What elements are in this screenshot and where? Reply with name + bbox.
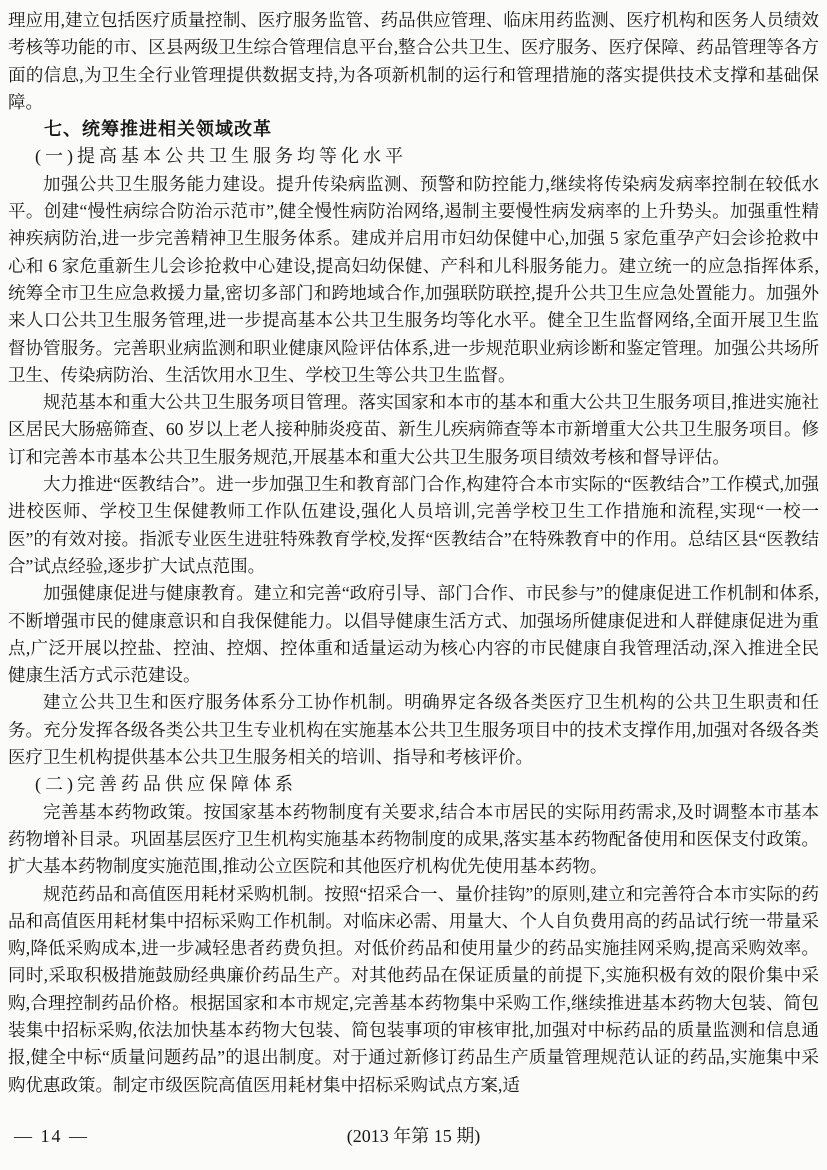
section-heading: 七、统筹推进相关领域改革 [8, 116, 819, 143]
paragraph: 完善基本药物政策。按国家基本药物制度有关要求,结合本市居民的实际用药需求,及时调… [8, 799, 819, 881]
subsection-heading-1: (一)提高基本公共卫生服务均等化水平 [8, 143, 819, 170]
paragraph: 加强健康促进与健康教育。建立和完善“政府引导、部门合作、市民参与”的健康促进工作… [8, 580, 819, 689]
paragraph-continuation: 理应用,建立包括医疗质量控制、医疗服务监管、药品供应管理、临床用药监测、医疗机构… [8, 7, 819, 116]
paragraph: 大力推进“医教结合”。进一步加强卫生和教育部门合作,构建符合本市实际的“医教结合… [8, 471, 819, 580]
paragraph: 规范药品和高值医用耗材采购机制。按照“招采合一、量价挂钩”的原则,建立和完善符合… [8, 881, 819, 1099]
page-number: — 14 — [14, 1122, 89, 1150]
page-footer: — 14 — (2013 年第 15 期) [0, 1122, 827, 1150]
issue-label: (2013 年第 15 期) [0, 1122, 827, 1150]
paragraph: 加强公共卫生服务能力建设。提升传染病监测、预警和防控能力,继续将传染病发病率控制… [8, 171, 819, 389]
document-page: 理应用,建立包括医疗质量控制、医疗服务监管、药品供应管理、临床用药监测、医疗机构… [0, 0, 827, 1170]
paragraph: 规范基本和重大公共卫生服务项目管理。落实国家和本市的基本和重大公共卫生服务项目,… [8, 389, 819, 471]
subsection-heading-2: (二)完善药品供应保障体系 [8, 771, 819, 798]
paragraph: 建立公共卫生和医疗服务体系分工协作机制。明确界定各级各类医疗卫生机构的公共卫生职… [8, 689, 819, 771]
